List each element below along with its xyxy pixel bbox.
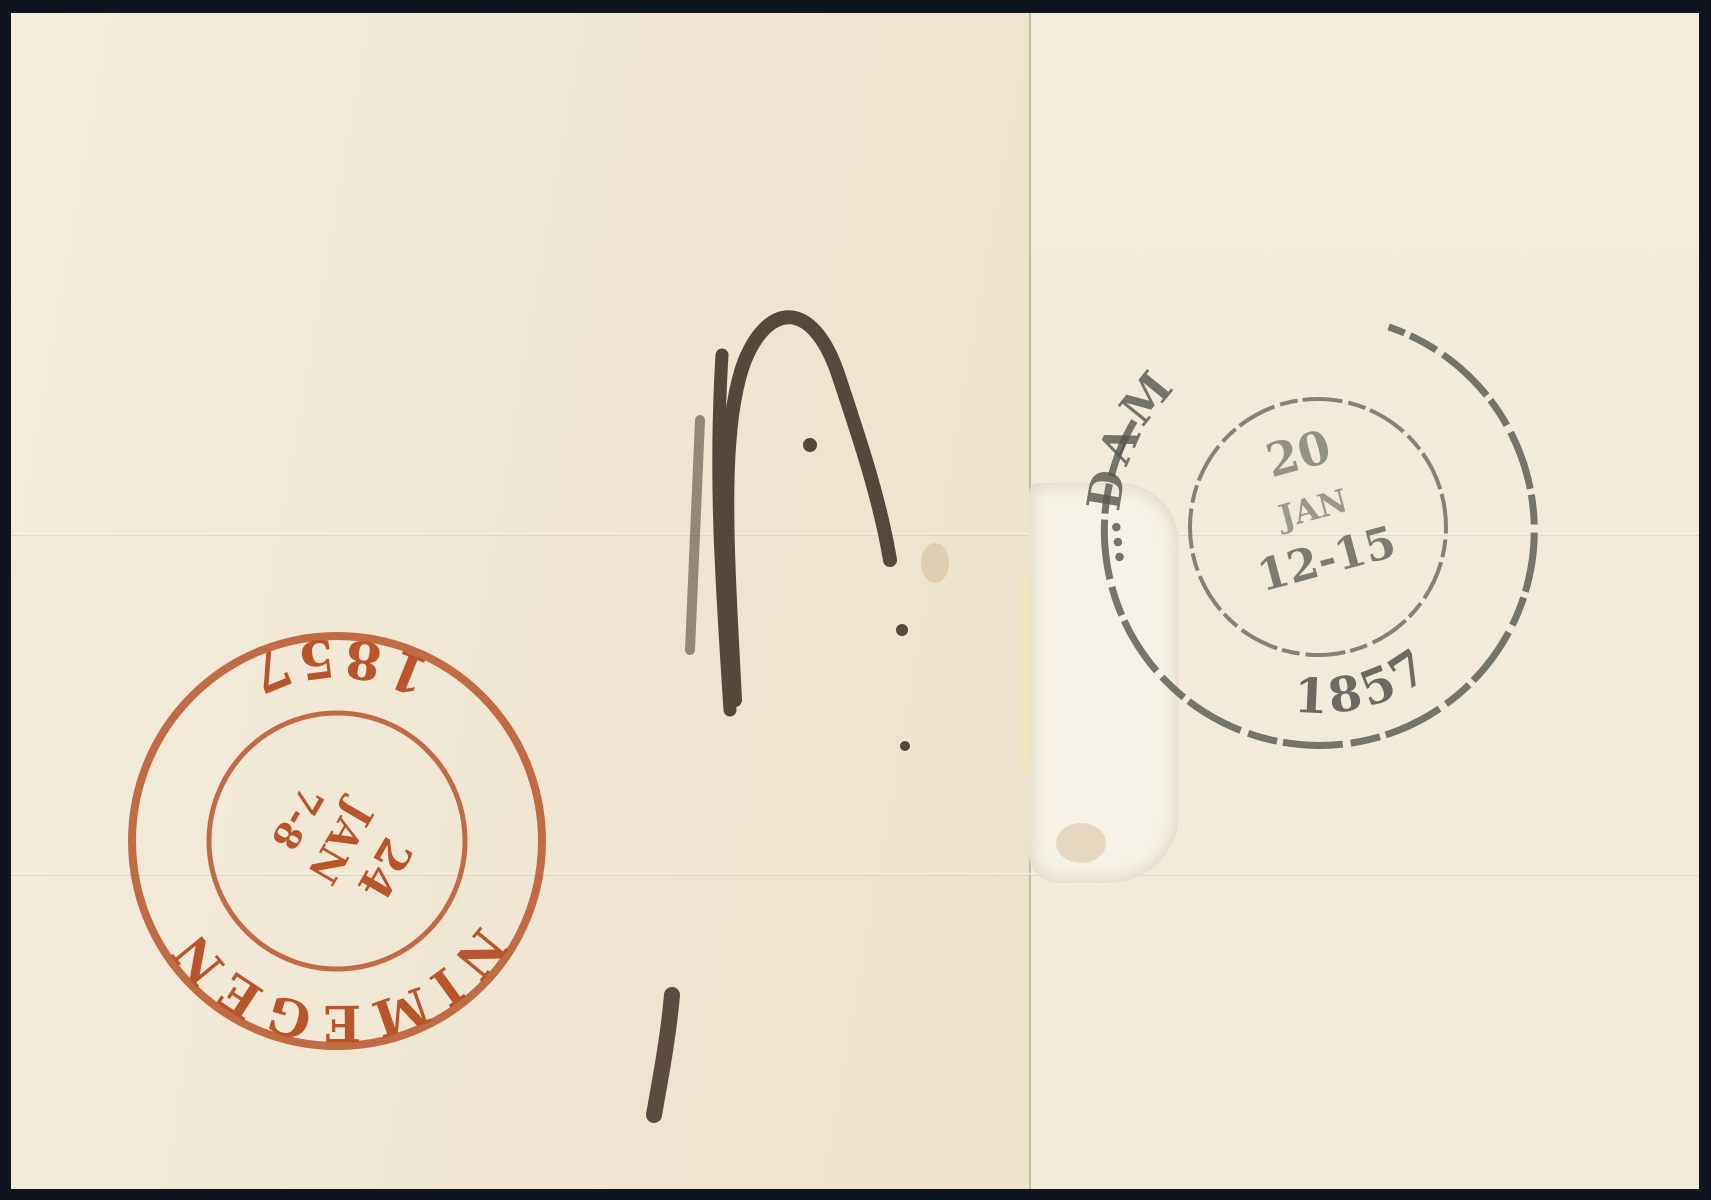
red-postmark: NIMEGEN 1857 24 JAN 7-8 — [132, 626, 542, 1053]
svg-text:NIMEGEN: NIMEGEN — [156, 917, 518, 1053]
manuscript-small-mark-value: 1 — [0, 0, 10, 4]
grey-postmark: …DAM 1857 20 JAN 12-15 — [1032, 269, 1582, 800]
manuscript-one-mark — [654, 995, 672, 1115]
grey-postmark-day: 20 — [1260, 419, 1336, 488]
grey-postmark-month: JAN — [1272, 481, 1352, 536]
red-postmark-town: NIMEGEN — [156, 917, 518, 1053]
svg-text:…DAM: …DAM — [1032, 349, 1226, 578]
markings-layer: NIMEGEN 1857 24 JAN 7-8 …DAM 1857 20 JAN… — [0, 0, 1711, 1200]
grey-postmark-time: 12-15 — [1252, 517, 1401, 603]
manuscript-rate-mark — [690, 317, 910, 751]
grey-postmark-town: …DAM — [1032, 349, 1226, 578]
